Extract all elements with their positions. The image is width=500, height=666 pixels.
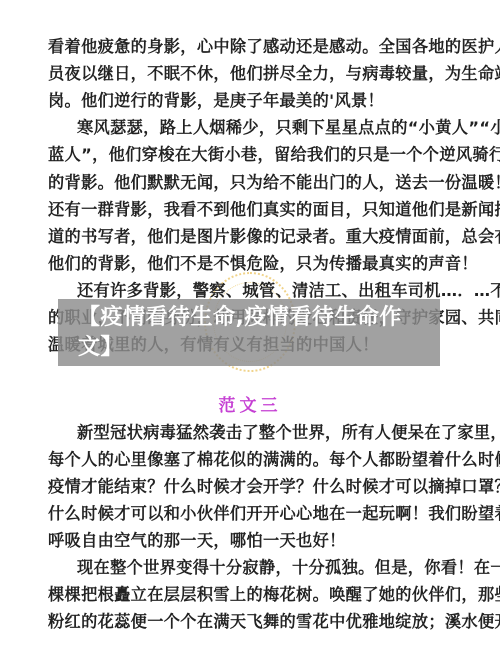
overlay-title: 【疫情看待生命,疫情看待生命作文】 (78, 303, 428, 363)
text-line: 呼吸自由空气的那一天，哪怕一天也好！ (48, 531, 454, 551)
text-line: 棵棵把根矗立在层层积雪上的梅花树。唤醒了她的伙伴们，那些 (48, 585, 454, 605)
text-line: 看着他疲惫的身影，心中除了感动还是感动。全国各地的医护人 (48, 37, 454, 57)
text-line: 疫情才能结束？什么时候才会开学？什么时候才可以摘掉口罩？ (48, 477, 454, 497)
text-line: 还有许多背影，警察、城管、清洁工、出租车司机…．…不同 (48, 281, 454, 301)
text-line: 道的书写者，他们是图片影像的记录者。重大疫情面前，总会有 (48, 227, 454, 247)
text-line: 寒风瑟瑟，路上人烟稀少，只剩下星星点点的“小黄人”“小 (48, 118, 454, 138)
text-line: 员夜以继日，不眠不休，他们拼尽全力，与病毒较量，为生命站 (48, 64, 454, 84)
section-heading: 范文三 (0, 391, 500, 416)
text-line: 粉红的花蕊便一个个在满天飞舞的雪花中优雅地绽放；溪水便开 (48, 612, 454, 632)
text-line: 岗。他们逆行的背影，是庚子年最美的'风景！ (48, 91, 454, 111)
text-line: 现在整个世界变得十分寂静，十分孤独。但是，你看！在一 (48, 558, 454, 578)
document-page: 看着他疲惫的身影，心中除了感动还是感动。全国各地的医护人 员夜以继日，不眠不休，… (0, 0, 500, 666)
text-line: 还有一群背影，我看不到他们真实的面目，只知道他们是新闻报 (48, 200, 454, 220)
text-line: 每个人的心里像塞了棉花似的满满的。每个人都盼望着什么时候 (48, 450, 454, 470)
text-line: 新型冠状病毒猛然袭击了整个世界，所有人便呆在了家里， (48, 423, 454, 443)
text-line: 他们的背影，他们不是不惧危险，只为传播最真实的声音！ (48, 254, 454, 274)
text-line: 的背影。他们默默无闻，只为给不能出门的人，送去一份温暖！ (48, 173, 454, 193)
text-line: 什么时候才可以和小伙伴们开开心心地在一起玩啊！我们盼望着 (48, 504, 454, 524)
text-line: 蓝人”，他们穿梭在大街小巷，留给我们的只是一个个逆风骑行 (48, 145, 454, 165)
